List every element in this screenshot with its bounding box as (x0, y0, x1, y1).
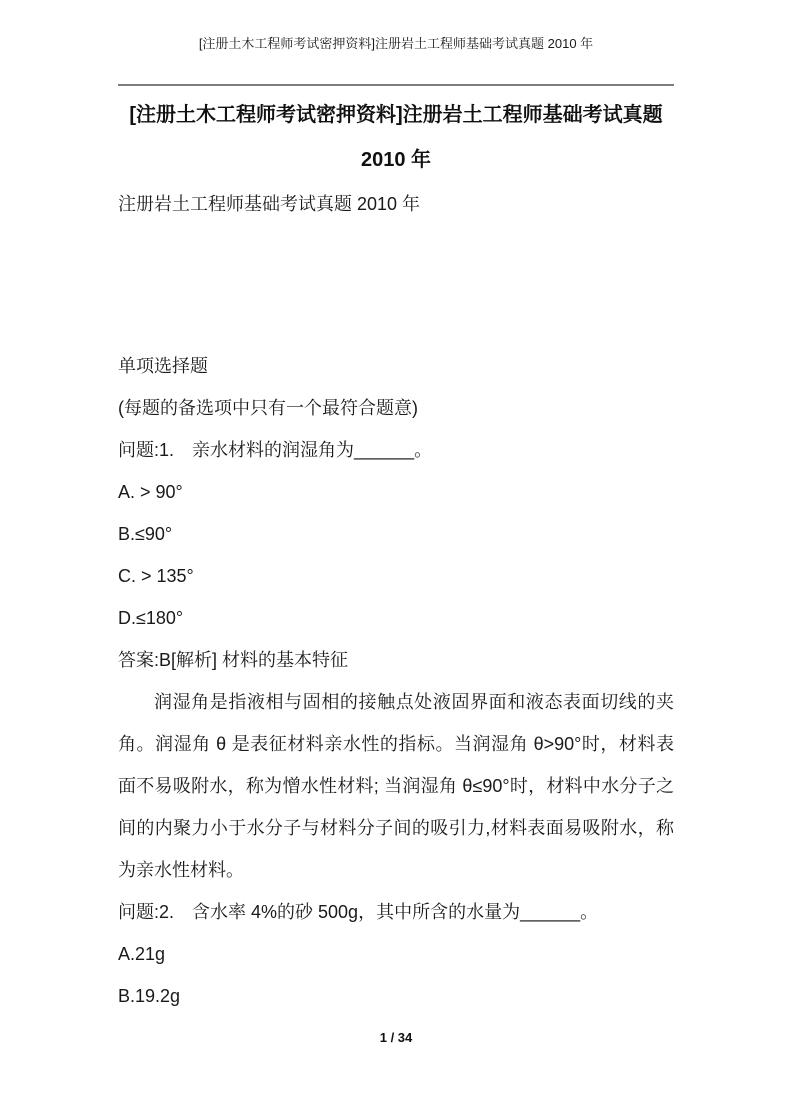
question-1-option-c: C. > 135° (118, 555, 674, 597)
document-page: [注册土木工程师考试密押资料]注册岩土工程师基础考试真题 2010 年 [注册土… (0, 0, 792, 1120)
section-note: (每题的备选项中只有一个最符合题意) (118, 387, 674, 429)
question-1-option-b: B.≤90° (118, 513, 674, 555)
question-1-explanation: 润湿角是指液相与固相的接触点处液固界面和液态表面切线的夹角。润湿角 θ 是表征材… (118, 681, 674, 891)
section-heading: 单项选择题 (118, 345, 674, 387)
question-2-option-b: B.19.2g (118, 975, 674, 1017)
header-divider (118, 84, 674, 86)
question-2-option-a: A.21g (118, 933, 674, 975)
question-1-option-a: A. > 90° (118, 471, 674, 513)
document-title: [注册土木工程师考试密押资料]注册岩土工程师基础考试真题 2010 年 (108, 93, 684, 183)
question-2-prompt: 问题:2. 含水率 4%的砂 500g，其中所含的水量为______。 (118, 891, 674, 933)
question-1-prompt: 问题:1. 亲水材料的润湿角为______。 (118, 429, 674, 471)
question-1-answer: 答案:B[解析] 材料的基本特征 (118, 639, 674, 681)
running-header: [注册土木工程师考试密押资料]注册岩土工程师基础考试真题 2010 年 (118, 36, 674, 52)
document-body: 单项选择题 (每题的备选项中只有一个最符合题意) 问题:1. 亲水材料的润湿角为… (118, 345, 674, 1059)
page-number-footer: 1 / 34 (118, 1017, 674, 1059)
document-subtitle: 注册岩土工程师基础考试真题 2010 年 (118, 183, 674, 225)
question-1-option-d: D.≤180° (118, 597, 674, 639)
